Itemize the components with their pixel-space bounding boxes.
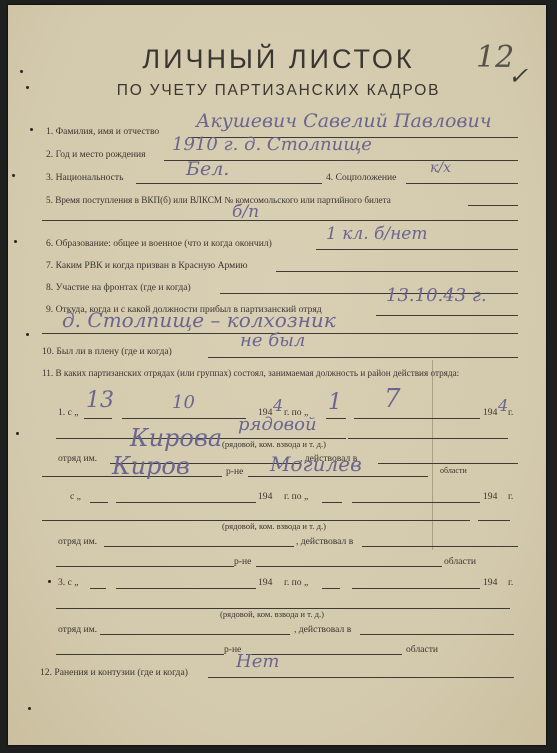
entry1-detachment-value[interactable]: Кирова <box>130 424 222 452</box>
entry3-month-from-line <box>116 588 256 589</box>
party-value[interactable]: б/п <box>232 202 259 222</box>
wounds-line <box>208 677 514 678</box>
entry2-acted-line <box>362 546 518 547</box>
nationality-line <box>136 183 322 184</box>
entry1-month-to-line <box>354 418 480 419</box>
entry2-detachment-label: отряд им. <box>58 536 97 547</box>
entry1-prefix: 1. с „ <box>58 407 79 418</box>
party-line-2 <box>42 220 518 221</box>
education-value[interactable]: 1 кл. б/нет <box>326 224 428 244</box>
entry1-year-to-label: 194 <box>483 407 497 418</box>
entry2-day-to-line <box>322 502 342 503</box>
entry3-month-to-line <box>352 588 480 589</box>
entry2-prefix: с „ <box>70 491 81 502</box>
education-line <box>316 249 518 250</box>
label-party: 5. Время поступления в ВКП(б) или ВЛКСМ … <box>46 195 391 205</box>
entry2-year-to-label: 194 <box>483 491 497 502</box>
label-birth: 2. Год и место рождения <box>46 149 146 160</box>
entry1-month-from-line <box>122 418 246 419</box>
document-title: ЛИЧНЫЙ ЛИСТОК <box>0 44 557 75</box>
entry1-region-label: области <box>440 466 467 475</box>
label-full-name: 1. Фамилия, имя и отчество <box>46 126 159 137</box>
label-social-status: 4. Соцположение <box>326 172 396 183</box>
entry2-rank-caption: (рядовой, ком. взвода и т. д.) <box>222 521 326 531</box>
entry3-detachment-line <box>100 634 290 635</box>
entry2-day-from-line <box>90 502 108 503</box>
entry1-day-to[interactable]: 1 <box>328 390 342 415</box>
entry2-acted-label: , действовал в <box>296 536 353 547</box>
party-line-1 <box>468 205 518 206</box>
entry3-day-from-line <box>90 588 106 589</box>
margin-mark <box>30 128 33 131</box>
entry2-month-from-line <box>116 502 256 503</box>
arrival-line-1 <box>376 315 518 316</box>
arrival-date-value[interactable]: 13.10.43 г. <box>386 285 487 306</box>
margin-mark <box>20 70 23 73</box>
margin-mark <box>16 432 19 435</box>
entry2-detachment-line <box>104 546 294 547</box>
arrival-origin-value[interactable]: д. Столпище – колхозник <box>62 308 336 332</box>
captivity-value[interactable]: не был <box>240 330 305 351</box>
entry2-district-line <box>56 566 234 567</box>
entry3-region-label: области <box>406 644 438 655</box>
entry1-rank-line-2 <box>348 438 508 439</box>
entry3-rank-caption: (рядовой, ком. взвода и т. д.) <box>220 609 324 619</box>
margin-mark <box>48 580 51 583</box>
entry3-prefix: 3. с „ <box>58 577 79 588</box>
margin-mark <box>12 174 15 177</box>
entry1-day-from[interactable]: 13 <box>86 388 114 413</box>
entry2-district-label: р-не <box>234 556 251 567</box>
entry2-area-line <box>256 566 442 567</box>
nationality-value[interactable]: Бел. <box>186 158 229 180</box>
conscription-line <box>276 271 518 272</box>
entry3-year-from-label: 194 <box>258 577 272 588</box>
entry3-acted-label: , действовал в <box>294 624 351 635</box>
entry1-day-to-line <box>326 418 346 419</box>
label-detachments: 11. В каких партизанских отрядах (или гр… <box>42 366 518 380</box>
entry2-rank-line-2 <box>478 520 510 521</box>
paper-crease <box>432 360 433 550</box>
margin-mark <box>14 240 17 243</box>
entry2-to-label: г. по „ <box>284 491 308 502</box>
label-nationality: 3. Национальность <box>46 172 123 183</box>
entry2-year-suffix: г. <box>508 491 513 502</box>
margin-mark <box>26 333 29 336</box>
entry2-month-to-line <box>352 502 480 503</box>
label-wounds: 12. Ранения и контузии (где и когда) <box>40 667 188 678</box>
label-captivity: 10. Был ли в плену (где и когда) <box>42 346 172 357</box>
birth-value[interactable]: 1910 г. д. Столпище <box>172 134 372 155</box>
label-fronts: 8. Участие на фронтах (где и когда) <box>46 282 191 293</box>
entry1-year-from[interactable]: 4 <box>273 396 283 415</box>
entry1-rank-caption: (рядовой, ком. взвода и т. д.) <box>222 439 326 449</box>
entry1-year-to[interactable]: 4 <box>498 396 508 415</box>
entry3-to-label: г. по „ <box>284 577 308 588</box>
entry1-year-suffix: г. <box>508 407 513 418</box>
entry1-area-line <box>248 476 428 477</box>
entry1-district-label: р-не <box>226 466 243 477</box>
entry3-district-line <box>56 654 224 655</box>
wounds-value[interactable]: Нет <box>236 651 279 672</box>
checkmark-icon: ✓ <box>508 62 528 90</box>
label-conscription: 7. Каким РВК и когда призван в Красную А… <box>46 260 248 271</box>
label-education: 6. Образование: общее и военное (что и к… <box>46 238 272 249</box>
entry3-day-to-line <box>322 588 340 589</box>
entry3-year-to-label: 194 <box>483 577 497 588</box>
margin-mark <box>26 86 29 89</box>
entry1-day-from-line <box>84 418 112 419</box>
entry1-area-value[interactable]: Могилев <box>270 452 362 476</box>
entry1-district-value[interactable]: Киров <box>112 452 190 480</box>
entry3-acted-line <box>360 634 514 635</box>
social-status-line <box>406 183 518 184</box>
entry3-detachment-label: отряд им. <box>58 624 97 635</box>
captivity-line <box>208 357 518 358</box>
social-status-value[interactable]: к/х <box>430 160 451 176</box>
entry3-year-suffix: г. <box>508 577 513 588</box>
entry1-rank-value[interactable]: рядовой <box>238 414 317 435</box>
entry2-year-from-label: 194 <box>258 491 272 502</box>
entry1-month-from[interactable]: 10 <box>172 392 195 413</box>
entry1-month-to[interactable]: 7 <box>384 384 401 414</box>
full-name-value[interactable]: Акушевич Савелий Павлович <box>196 110 492 132</box>
entry2-region-label: области <box>444 556 476 567</box>
entry1-acted-line <box>378 463 518 464</box>
document-subtitle: ПО УЧЕТУ ПАРТИЗАНСКИХ КАДРОВ <box>0 82 557 100</box>
margin-mark <box>28 707 31 710</box>
entry1-detachment-label: отряд им. <box>58 453 97 464</box>
